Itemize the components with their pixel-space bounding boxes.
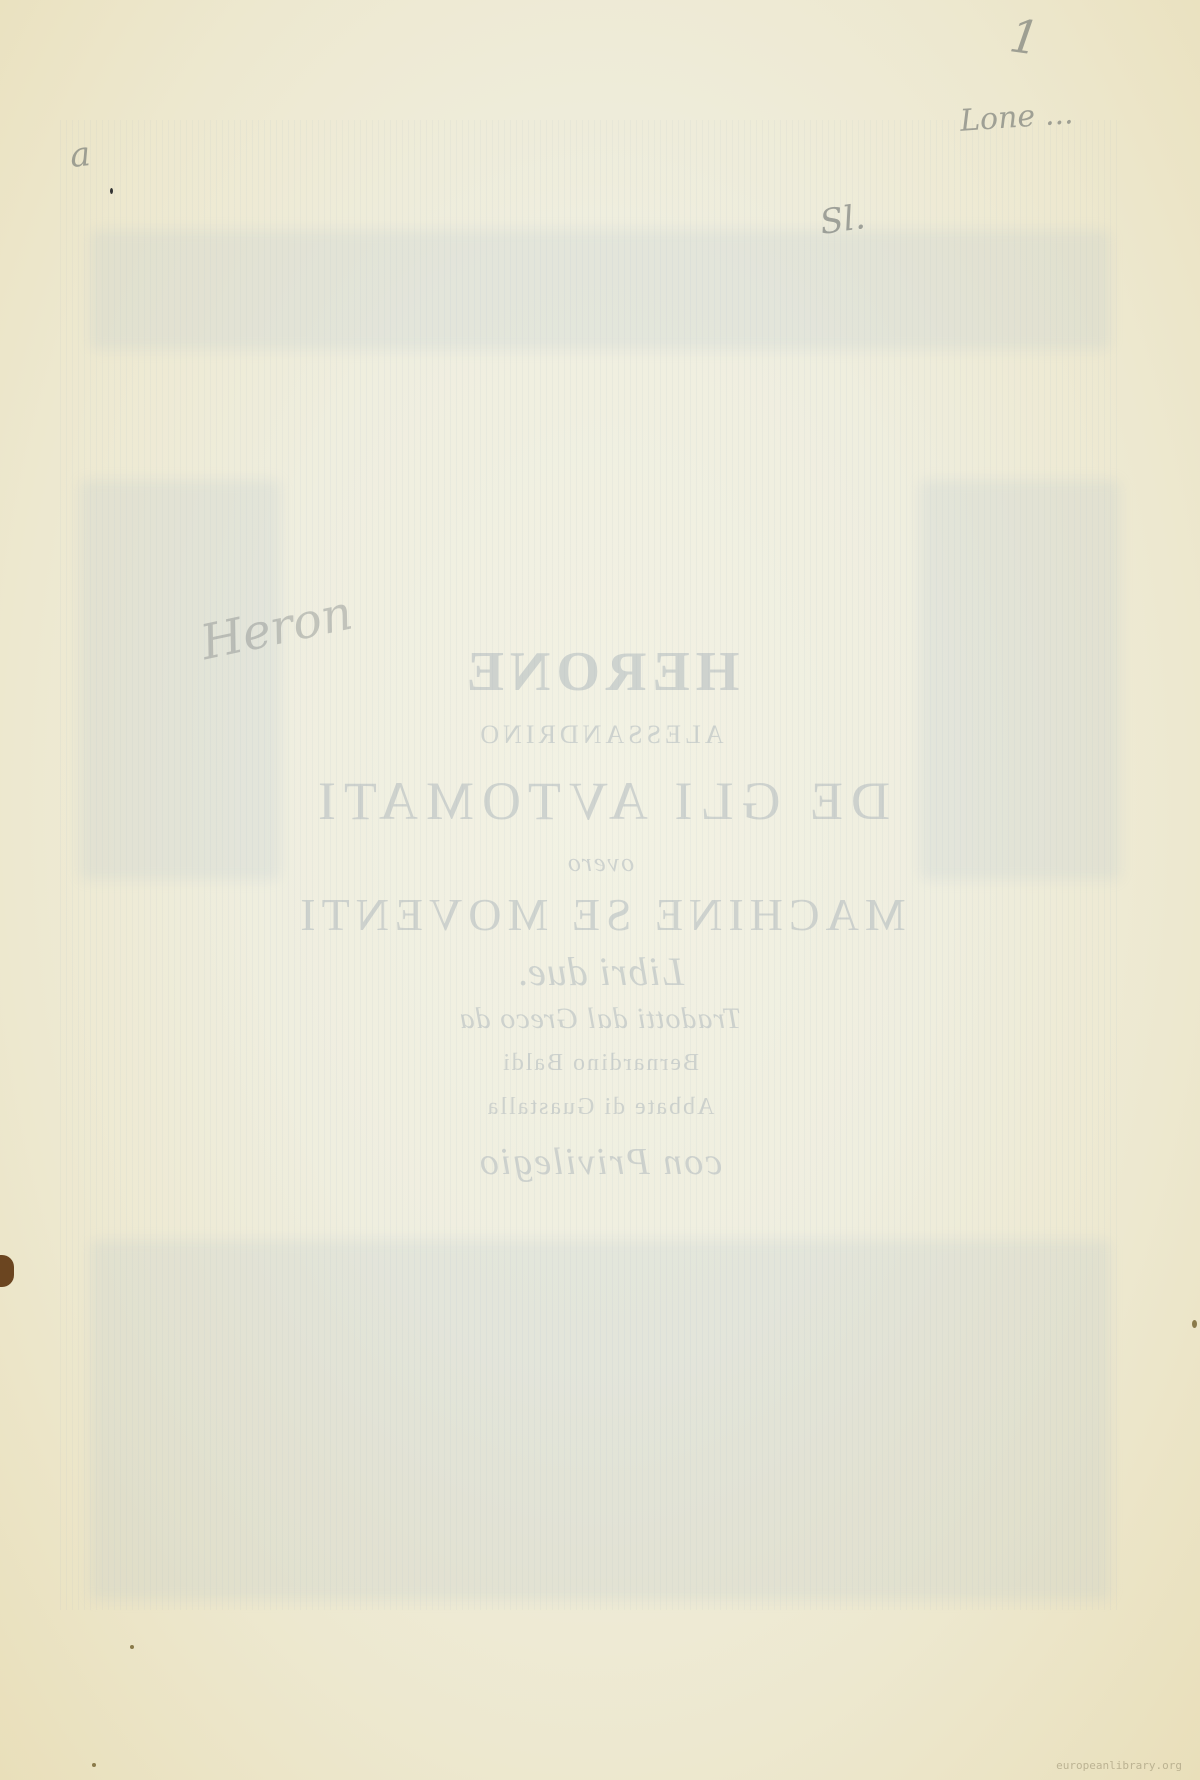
bleed-line3: Abbate di Guastalla [0,1094,1200,1121]
bleed-machine-line: MACHINE SE MOVENTI [0,888,1200,941]
foxing-spot [1192,1320,1197,1328]
frame-top-shade [90,230,1110,350]
foxing-spot [92,1763,96,1767]
bleed-line2: Bernardino Baldi [0,1050,1200,1077]
pencil-number: 1 [1006,8,1043,66]
bleed-books: Libri due. [0,948,1200,995]
bleed-subtitle: ALESSANDRINO [0,720,1200,750]
watermark: europeanlibrary.org [1056,1759,1182,1772]
bleed-translated: Tradotti dal Greco da [0,1002,1200,1036]
bleed-main-title: DE GLI AVTOMATI [0,770,1200,832]
bleed-printer: con Privilegio [0,1140,1200,1184]
foxing-spot [110,188,113,194]
frame-bottom-shade [90,1240,1110,1600]
bleed-title: HERONE [0,640,1200,704]
foxing-spot [130,1645,134,1649]
pencil-note-mid: Sl. [817,197,867,243]
edge-stain [0,1255,14,1287]
bleed-connector: overo [0,848,1200,878]
pencil-note-left: a [68,134,92,176]
book-page: HERONE ALESSANDRINO DE GLI AVTOMATI over… [0,0,1200,1780]
